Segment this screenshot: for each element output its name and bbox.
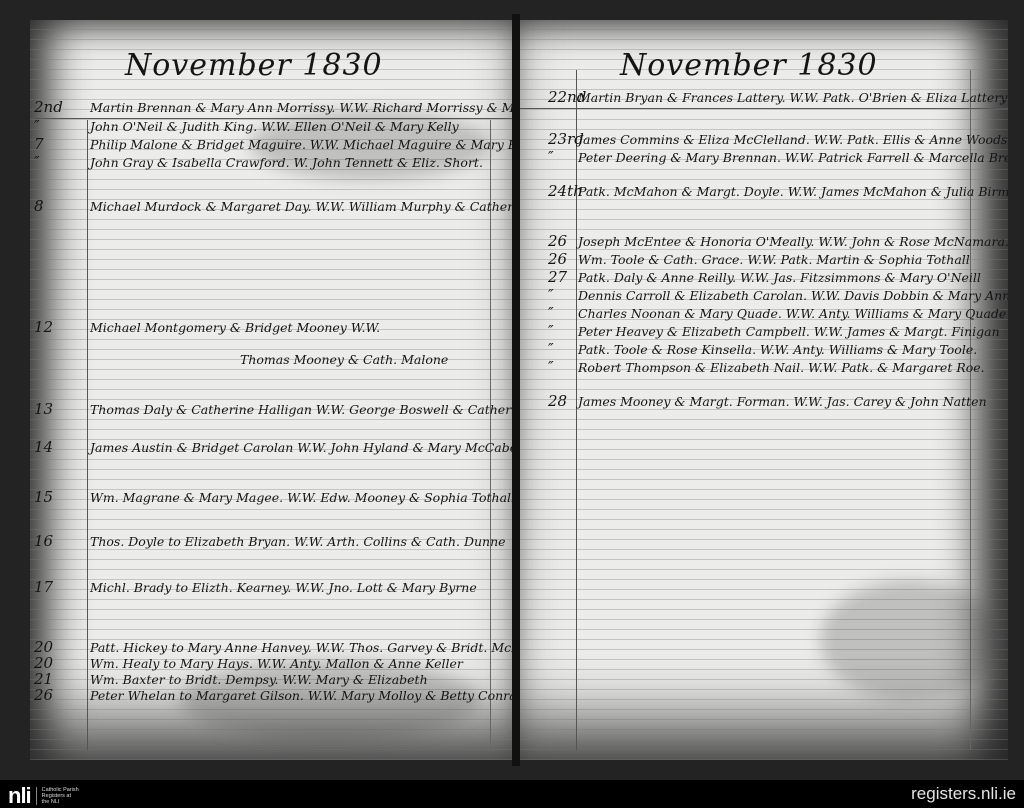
footer-bar: nli Catholic Parish Registers at the NLI… xyxy=(0,780,1024,808)
entry-text: John Gray & Isabella Crawford. W. John T… xyxy=(90,155,483,170)
entry-day: 17 xyxy=(34,578,53,596)
entry-day: ″ xyxy=(548,304,554,322)
date-margin-line xyxy=(87,120,88,750)
left-register-page: November 1830 2ndMartin Brennan & Mary A… xyxy=(30,20,512,760)
entry-text: Joseph McEntee & Honoria O'Meally. W.W. … xyxy=(578,234,1008,249)
register-viewer[interactable]: November 1830 2ndMartin Brennan & Mary A… xyxy=(0,0,1024,780)
entry-day: ″ xyxy=(548,286,554,304)
entry-text: Michl. Brady to Elizth. Kearney. W.W. Jn… xyxy=(90,580,477,595)
nli-logo-mark: nli xyxy=(8,786,31,806)
entry-text: Wm. Toole & Cath. Grace. W.W. Patk. Mart… xyxy=(578,252,970,267)
entry-text: Martin Brennan & Mary Ann Morrissy. W.W.… xyxy=(90,100,512,115)
entry-day: ″ xyxy=(548,322,554,340)
entry-text: Wm. Healy to Mary Hays. W.W. Anty. Mallo… xyxy=(90,656,463,671)
entry-day: 14 xyxy=(34,438,53,456)
entry-text: Peter Deering & Mary Brennan. W.W. Patri… xyxy=(578,150,1008,165)
entry-day: ″ xyxy=(34,117,40,135)
entry-text: Michael Murdock & Margaret Day. W.W. Wil… xyxy=(90,199,512,214)
entry-text: Patk. Daly & Anne Reilly. W.W. Jas. Fitz… xyxy=(578,270,981,285)
header-rule xyxy=(520,108,1008,109)
entry-day: 7 xyxy=(34,135,44,153)
entry-day: 16 xyxy=(34,532,53,550)
entry-text: Patt. Hickey to Mary Anne Hanvey. W.W. T… xyxy=(90,640,512,655)
entry-text: Wm. Baxter to Bridt. Dempsy. W.W. Mary &… xyxy=(90,672,428,687)
entry-text: Dennis Carroll & Elizabeth Carolan. W.W.… xyxy=(578,288,1008,303)
entry-text: James Austin & Bridget Carolan W.W. John… xyxy=(90,440,512,455)
logo-caption: Catholic Parish Registers at the NLI xyxy=(42,787,79,805)
entry-text: Peter Whelan to Margaret Gilson. W.W. Ma… xyxy=(90,688,512,703)
page-heading: November 1830 xyxy=(125,48,383,83)
entry-day: 27 xyxy=(548,268,567,286)
entry-day: 26 xyxy=(548,232,567,250)
entry-day: 26 xyxy=(548,250,567,268)
entry-text: Charles Noonan & Mary Quade. W.W. Anty. … xyxy=(578,306,1008,321)
right-margin-line xyxy=(490,120,491,750)
entry-text: Thomas Daly & Catherine Halligan W.W. Ge… xyxy=(90,402,512,417)
entry-text: Robert Thompson & Elizabeth Nail. W.W. P… xyxy=(578,360,985,375)
entry-day: ″ xyxy=(548,340,554,358)
entry-text: Thos. Doyle to Elizabeth Bryan. W.W. Art… xyxy=(90,534,506,549)
entry-text: Wm. Magrane & Mary Magee. W.W. Edw. Moon… xyxy=(90,490,512,505)
logo-divider xyxy=(36,787,37,805)
site-url-link[interactable]: registers.nli.ie xyxy=(911,784,1016,804)
entry-day: ″ xyxy=(548,358,554,376)
entry-day: 13 xyxy=(34,400,53,418)
book-gutter xyxy=(512,14,520,766)
entry-text: Patk. Toole & Rose Kinsella. W.W. Anty. … xyxy=(578,342,977,357)
entry-day: 8 xyxy=(34,197,44,215)
date-margin-line xyxy=(576,70,577,750)
right-register-page: November 1830 22ndMartin Bryan & Frances… xyxy=(520,20,1008,760)
entry-text: Thomas Mooney & Cath. Malone xyxy=(240,352,448,367)
entry-text: Peter Heavey & Elizabeth Campbell. W.W. … xyxy=(578,324,1000,339)
entry-text: James Mooney & Margt. Forman. W.W. Jas. … xyxy=(578,394,987,409)
entry-text: Michael Montgomery & Bridget Mooney W.W. xyxy=(90,320,380,335)
entry-day: 15 xyxy=(34,488,53,506)
entry-text: Philip Malone & Bridget Maguire. W.W. Mi… xyxy=(90,137,512,152)
entry-day: ″ xyxy=(34,153,40,171)
entry-day: 2nd xyxy=(34,98,63,116)
entry-day: 12 xyxy=(34,318,53,336)
entry-text: John O'Neil & Judith King. W.W. Ellen O'… xyxy=(90,119,459,134)
entry-text: Patk. McMahon & Margt. Doyle. W.W. James… xyxy=(578,184,1008,199)
page-heading: November 1830 xyxy=(620,48,878,83)
logo-caption-line: the NLI xyxy=(42,799,79,805)
nli-logo[interactable]: nli Catholic Parish Registers at the NLI xyxy=(8,786,79,806)
entry-text: Martin Bryan & Frances Lattery. W.W. Pat… xyxy=(578,90,1007,105)
entry-text: James Commins & Eliza McClelland. W.W. P… xyxy=(578,132,1007,147)
entry-day: 26 xyxy=(34,686,53,704)
entry-day: ″ xyxy=(548,148,554,166)
entry-day: 28 xyxy=(548,392,567,410)
stain xyxy=(820,580,1000,700)
